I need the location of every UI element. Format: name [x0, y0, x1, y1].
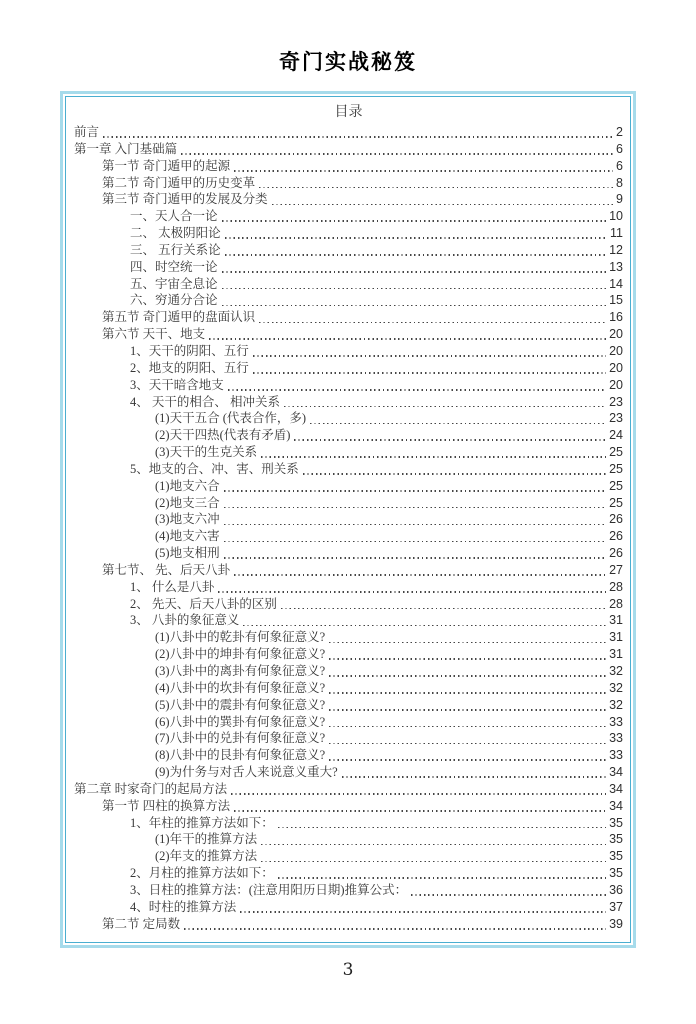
toc-entry-label: 第三节 奇门遁甲的发展及分类 — [102, 191, 268, 208]
dot-leader — [224, 557, 607, 559]
dot-leader — [259, 322, 606, 324]
toc-entry: 第二节 定局数39 — [74, 916, 623, 933]
dot-leader — [222, 220, 607, 222]
toc-frame: 目录 前言2第一章 入门基础篇6第一节 奇门遁甲的起源6第二节 奇门遁甲的历史变… — [65, 96, 631, 943]
toc-entry: 5、地支的合、冲、害、刑关系25 — [74, 461, 623, 478]
toc-entry: 第二章 时家奇门的起局方法34 — [74, 781, 623, 798]
toc-entry: (6)八卦中的巽卦有何象征意义?33 — [74, 714, 623, 731]
toc-entry-label: (1)年干的推算方法 — [155, 831, 257, 848]
dot-leader — [278, 877, 606, 879]
toc-entry: (8)八卦中的艮卦有何象征意义?33 — [74, 747, 623, 764]
toc-entry: 3、日柱的推算方法：(注意用阳历日期)推算公式：36 — [74, 882, 623, 899]
toc-entry-label: 3、日柱的推算方法：(注意用阳历日期)推算公式： — [130, 882, 407, 899]
toc-entry-page: 35 — [609, 848, 623, 865]
toc-entry-page: 13 — [609, 259, 623, 276]
toc-entry-page: 24 — [609, 427, 623, 444]
toc-entry-label: 第一节 四柱的换算方法 — [102, 798, 230, 815]
toc-entry-page: 35 — [609, 865, 623, 882]
dot-leader — [253, 372, 606, 374]
toc-entry-label: (2)天干四热(代表有矛盾) — [155, 427, 290, 444]
toc-entry-page: 8 — [616, 175, 623, 192]
dot-leader — [261, 844, 606, 846]
toc-entry-label: 第六节 天干、地支 — [102, 326, 205, 343]
toc-entry-label: (4)地支六害 — [155, 528, 220, 545]
toc-entry-page: 32 — [609, 663, 623, 680]
toc-entry-page: 34 — [609, 798, 623, 815]
toc-entry: (7)八卦中的兑卦有何象征意义?33 — [74, 730, 623, 747]
dot-leader — [234, 170, 613, 172]
toc-entry: (2)年支的推算方法35 — [74, 848, 623, 865]
dot-leader — [329, 759, 606, 761]
toc-entry-label: 1、年柱的推算方法如下： — [130, 815, 274, 832]
toc-entry: 五、宇宙全息论14 — [74, 276, 623, 293]
dot-leader — [224, 507, 607, 509]
toc-entry-label: (7)八卦中的兑卦有何象征意义? — [155, 730, 325, 747]
toc-entry-page: 26 — [609, 545, 623, 562]
toc-entry: (2)八卦中的坤卦有何象征意义?31 — [74, 646, 623, 663]
toc-entry: (3)八卦中的离卦有何象征意义?32 — [74, 663, 623, 680]
toc-entry-label: (4)八卦中的坎卦有何象征意义? — [155, 680, 325, 697]
dot-leader — [281, 608, 606, 610]
toc-entry: 第一节 四柱的换算方法34 — [74, 798, 623, 815]
toc-entry: 1、年柱的推算方法如下：35 — [74, 815, 623, 832]
toc-entry-label: 第七节、 先、后天八卦 — [102, 562, 230, 579]
toc-entry-label: (3)地支六冲 — [155, 511, 220, 528]
toc-entry: (1)八卦中的乾卦有何象征意义?31 — [74, 629, 623, 646]
toc-entry: 1、 什么是八卦28 — [74, 579, 623, 596]
toc-entry-page: 37 — [609, 899, 623, 916]
toc-entry: (3)天干的生克关系25 — [74, 444, 623, 461]
toc-entry-label: (6)八卦中的巽卦有何象征意义? — [155, 714, 325, 731]
toc-entry-label: (2)年支的推算方法 — [155, 848, 257, 865]
toc-entry: 2、月柱的推算方法如下：35 — [74, 865, 623, 882]
toc-entry-label: 1、天干的阴阳、五行 — [130, 343, 249, 360]
toc-entry-label: 2、 先天、后天八卦的区别 — [130, 596, 277, 613]
toc-entry-page: 33 — [609, 714, 623, 731]
toc-entry: 第六节 天干、地支20 — [74, 326, 623, 343]
dot-leader — [228, 389, 606, 391]
toc-entry-page: 10 — [609, 208, 623, 225]
toc-entry-page: 20 — [609, 326, 623, 343]
toc-entry: (2)天干四热(代表有矛盾)24 — [74, 427, 623, 444]
toc-entry-label: 第二节 奇门遁甲的历史变革 — [102, 175, 255, 192]
toc-entry-label: 五、宇宙全息论 — [130, 276, 218, 293]
toc-entry-page: 26 — [609, 511, 623, 528]
dot-leader — [284, 406, 606, 408]
toc-entry: 三、 五行关系论12 — [74, 242, 623, 259]
toc-entry-label: 第一节 奇门遁甲的起源 — [102, 158, 230, 175]
toc-entry-label: 前言 — [74, 124, 99, 141]
dot-leader — [218, 591, 606, 593]
toc-entry-label: (5)八卦中的震卦有何象征意义? — [155, 697, 325, 714]
footer-page-number: 3 — [0, 960, 696, 980]
toc-entry-page: 35 — [609, 831, 623, 848]
toc-entry: (1)年干的推算方法35 — [74, 831, 623, 848]
toc-entry: (5)八卦中的震卦有何象征意义?32 — [74, 697, 623, 714]
toc-entry-page: 25 — [609, 478, 623, 495]
toc-entry: 一、天人合一论10 — [74, 208, 623, 225]
toc-entry: 第五节 奇门遁甲的盘面认识16 — [74, 309, 623, 326]
toc-entry-label: (9)为什务与对舌人来说意义重大? — [155, 764, 338, 781]
toc-entry-page: 23 — [609, 394, 623, 411]
toc-entry-label: 3、 八卦的象征意义 — [130, 612, 239, 629]
dot-leader — [294, 439, 606, 441]
toc-entry-page: 25 — [609, 495, 623, 512]
toc-entry: 4、时柱的推算方法37 — [74, 899, 623, 916]
dot-leader — [222, 288, 607, 290]
toc-entry: 第二节 奇门遁甲的历史变革8 — [74, 175, 623, 192]
toc-heading: 目录 — [74, 104, 623, 122]
toc-entry-page: 34 — [609, 781, 623, 798]
toc-entry: 2、地支的阴阳、五行20 — [74, 360, 623, 377]
toc-entry-page: 23 — [609, 410, 623, 427]
toc-entry: 1、天干的阴阳、五行20 — [74, 343, 623, 360]
dot-leader — [310, 423, 606, 425]
toc-entry-label: 六、穷通分合论 — [130, 292, 218, 309]
toc-entry-label: 二、 太极阴阳论 — [130, 225, 221, 242]
toc-entry: (4)八卦中的坎卦有何象征意义?32 — [74, 680, 623, 697]
dot-leader — [234, 574, 606, 576]
toc-entry-page: 25 — [609, 461, 623, 478]
toc-entry: 4、 天干的相合、 相冲关系23 — [74, 394, 623, 411]
toc-entry-label: 四、时空统一论 — [130, 259, 218, 276]
toc-entry-page: 25 — [609, 444, 623, 461]
toc-entry-page: 28 — [609, 596, 623, 613]
toc-entry-label: 一、天人合一论 — [130, 208, 218, 225]
toc-entry-label: (1)天干五合 (代表合作，多) — [155, 410, 306, 427]
dot-leader — [329, 658, 606, 660]
toc-entry-label: 3、天干暗含地支 — [130, 377, 224, 394]
dot-leader — [209, 338, 606, 340]
toc-entry-page: 6 — [616, 141, 623, 158]
toc-entry-page: 16 — [609, 309, 623, 326]
toc-entry-page: 36 — [609, 882, 623, 899]
toc-entry: 第七节、 先、后天八卦27 — [74, 562, 623, 579]
toc-entry-page: 9 — [616, 191, 623, 208]
dot-leader — [411, 894, 606, 896]
toc-entry-page: 33 — [609, 730, 623, 747]
toc-entry: 3、天干暗含地支20 — [74, 377, 623, 394]
toc-entry-page: 12 — [609, 242, 623, 259]
dot-leader — [240, 911, 606, 913]
toc-entry-label: (8)八卦中的艮卦有何象征意义? — [155, 747, 325, 764]
toc-entry-label: 第二节 定局数 — [102, 916, 180, 933]
toc-entry: 前言2 — [74, 124, 623, 141]
toc-entry-page: 26 — [609, 528, 623, 545]
toc-entry-label: (3)天干的生克关系 — [155, 444, 257, 461]
toc-entry-label: 5、地支的合、冲、害、刑关系 — [130, 461, 299, 478]
toc-entry: (4)地支六害26 — [74, 528, 623, 545]
toc-entry: (1)天干五合 (代表合作，多)23 — [74, 410, 623, 427]
toc-entry-label: 2、月柱的推算方法如下： — [130, 865, 274, 882]
toc-entry-label: (1)地支六合 — [155, 478, 220, 495]
dot-leader — [329, 726, 606, 728]
dot-leader — [329, 642, 606, 644]
toc-entry-label: 三、 五行关系论 — [130, 242, 221, 259]
toc-entry-page: 27 — [609, 562, 623, 579]
dot-leader — [224, 490, 607, 492]
toc-entry-label: (5)地支相刑 — [155, 545, 220, 562]
toc-entry-page: 11 — [610, 225, 623, 242]
toc-entry-label: (3)八卦中的离卦有何象征意义? — [155, 663, 325, 680]
document-page: 奇门实战秘笈 目录 前言2第一章 入门基础篇6第一节 奇门遁甲的起源6第二节 奇… — [0, 0, 696, 1024]
toc-entry-page: 33 — [609, 747, 623, 764]
toc-entry: 四、时空统一论13 — [74, 259, 623, 276]
dot-leader — [234, 810, 606, 812]
toc-entry-page: 28 — [609, 579, 623, 596]
dot-leader — [253, 355, 606, 357]
toc-entry-page: 32 — [609, 697, 623, 714]
toc-entry-label: 第二章 时家奇门的起局方法 — [74, 781, 227, 798]
toc-entry: 第一章 入门基础篇6 — [74, 141, 623, 158]
document-title: 奇门实战秘笈 — [0, 0, 696, 76]
toc-entry: 3、 八卦的象征意义31 — [74, 612, 623, 629]
toc-entry-page: 31 — [609, 612, 623, 629]
dot-leader — [261, 456, 606, 458]
toc-entry: 二、 太极阴阳论11 — [74, 225, 623, 242]
dot-leader — [243, 625, 606, 627]
toc-entry-page: 39 — [609, 916, 623, 933]
toc-entry-page: 20 — [609, 360, 623, 377]
toc-entry-label: 4、 天干的相合、 相冲关系 — [130, 394, 280, 411]
toc-entry: (3)地支六冲26 — [74, 511, 623, 528]
toc-entry-label: 4、时柱的推算方法 — [130, 899, 236, 916]
toc-entry: (5)地支相刑26 — [74, 545, 623, 562]
toc-entry-page: 31 — [609, 629, 623, 646]
dot-leader — [329, 675, 606, 677]
toc-entry-label: 2、地支的阴阳、五行 — [130, 360, 249, 377]
toc-entry-page: 6 — [616, 158, 623, 175]
toc-entry-page: 34 — [609, 764, 623, 781]
dot-leader — [181, 153, 613, 155]
dot-leader — [272, 204, 613, 206]
dot-leader — [329, 743, 606, 745]
toc-entry: (1)地支六合25 — [74, 478, 623, 495]
toc-entry-page: 32 — [609, 680, 623, 697]
toc-entry-label: (2)地支三合 — [155, 495, 220, 512]
dot-leader — [222, 305, 607, 307]
toc-entry-label: 第五节 奇门遁甲的盘面认识 — [102, 309, 255, 326]
toc-entry-label: 1、 什么是八卦 — [130, 579, 214, 596]
toc-entry: 2、 先天、后天八卦的区别28 — [74, 596, 623, 613]
dot-leader — [259, 187, 613, 189]
dot-leader — [225, 237, 607, 239]
dot-leader — [278, 827, 606, 829]
toc-entry-label: 第一章 入门基础篇 — [74, 141, 177, 158]
toc-entry-page: 20 — [609, 377, 623, 394]
toc-entry-label: (2)八卦中的坤卦有何象征意义? — [155, 646, 325, 663]
toc-entry-page: 15 — [609, 292, 623, 309]
dot-leader — [225, 254, 606, 256]
toc-entry: 六、穷通分合论15 — [74, 292, 623, 309]
toc-entry-page: 14 — [609, 276, 623, 293]
dot-leader — [231, 793, 606, 795]
toc-entry-page: 35 — [609, 815, 623, 832]
toc-entry-page: 31 — [609, 646, 623, 663]
toc-entry-page: 20 — [609, 343, 623, 360]
dot-leader — [224, 524, 607, 526]
toc-entry: 第三节 奇门遁甲的发展及分类9 — [74, 191, 623, 208]
toc-entry-label: (1)八卦中的乾卦有何象征意义? — [155, 629, 325, 646]
toc-entry: (2)地支三合25 — [74, 495, 623, 512]
dot-leader — [184, 928, 606, 930]
dot-leader — [303, 473, 606, 475]
dot-leader — [329, 709, 606, 711]
toc-list: 前言2第一章 入门基础篇6第一节 奇门遁甲的起源6第二节 奇门遁甲的历史变革8第… — [74, 124, 623, 933]
dot-leader — [222, 271, 607, 273]
dot-leader — [329, 692, 606, 694]
toc-entry-page: 2 — [616, 124, 623, 141]
dot-leader — [224, 541, 607, 543]
dot-leader — [103, 136, 613, 138]
toc-entry: (9)为什务与对舌人来说意义重大?34 — [74, 764, 623, 781]
dot-leader — [342, 776, 606, 778]
toc-entry: 第一节 奇门遁甲的起源6 — [74, 158, 623, 175]
dot-leader — [261, 861, 606, 863]
